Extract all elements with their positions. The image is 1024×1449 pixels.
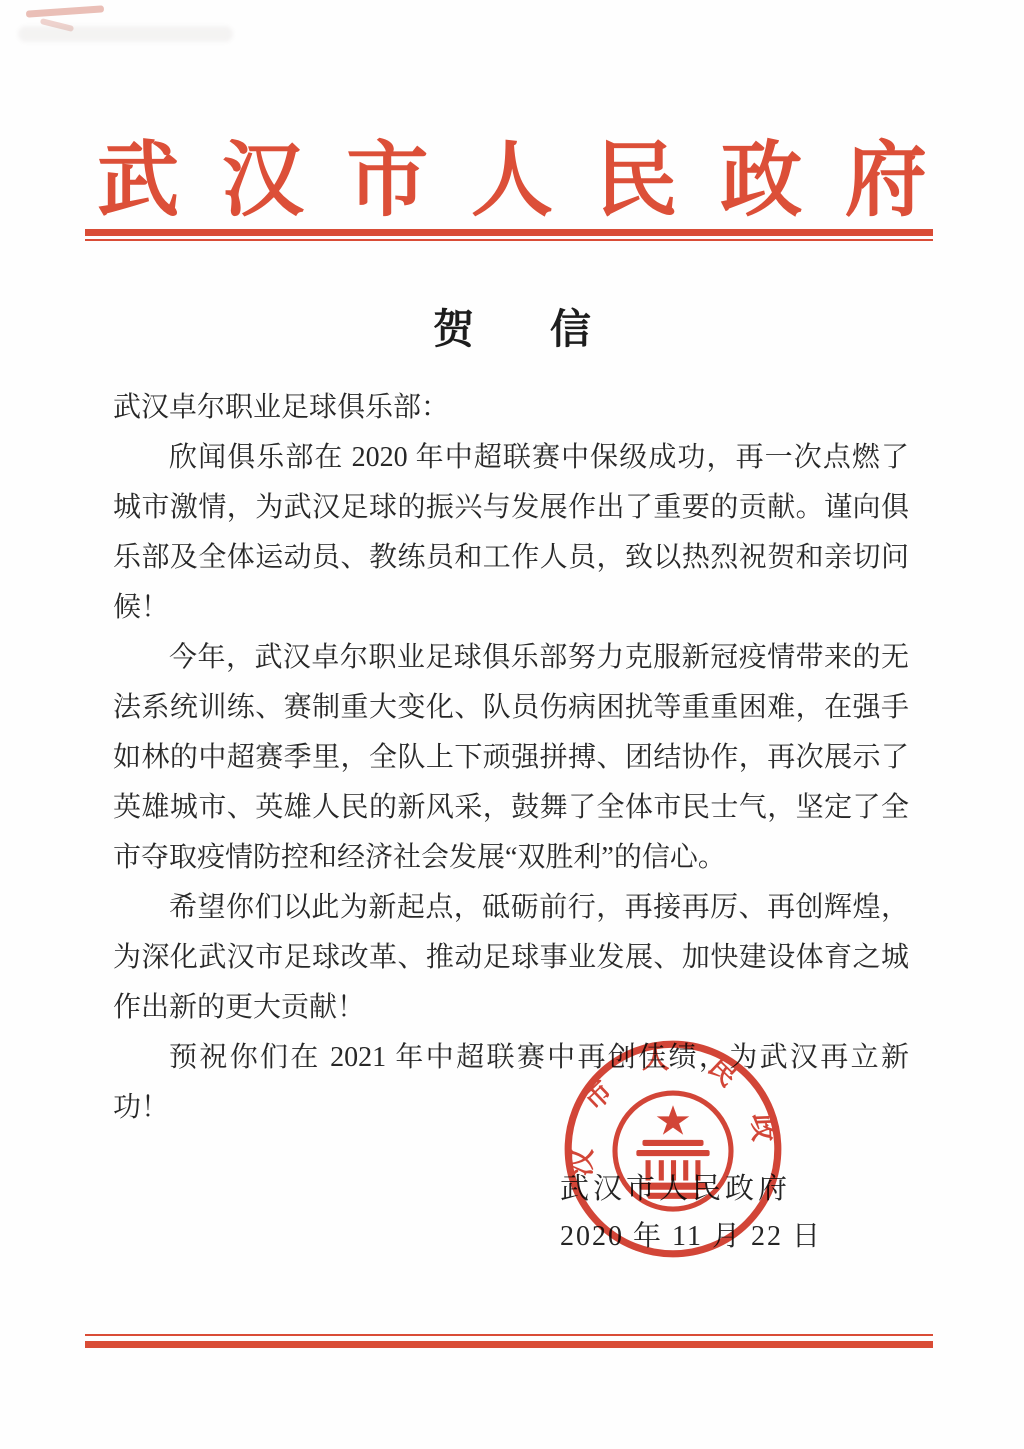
scan-artifact xyxy=(18,26,233,42)
paragraph-4: 预祝你们在 2021 年中超联赛中再创佳绩，为武汉再立新功！ xyxy=(113,1033,909,1133)
footer-rule-thick xyxy=(85,1341,933,1348)
paragraph-3: 希望你们以此为新起点，砥砺前行，再接再厉、再创辉煌，为深化武汉市足球改革、推动足… xyxy=(113,883,909,1033)
scan-artifact xyxy=(40,18,74,32)
footer-rule-thin xyxy=(85,1334,933,1336)
paragraph-2: 今年，武汉卓尔职业足球俱乐部努力克服新冠疫情带来的无法系统训练、赛制重大变化、队… xyxy=(113,633,909,883)
letter-title: 贺信 xyxy=(0,296,1024,355)
letterhead-rule-thick xyxy=(85,229,933,236)
letter-body: 武汉卓尔职业足球俱乐部： 欣闻俱乐部在 2020 年中超联赛中保级成功，再一次点… xyxy=(113,383,909,1133)
scan-artifact xyxy=(26,5,104,17)
government-seal: 武汉市人民政府 xyxy=(558,1034,788,1264)
letter-page: 武汉市人民政府 贺信 武汉卓尔职业足球俱乐部： 欣闻俱乐部在 2020 年中超联… xyxy=(0,0,1024,1449)
paragraph-1: 欣闻俱乐部在 2020 年中超联赛中保级成功，再一次点燃了城市激情，为武汉足球的… xyxy=(113,433,909,633)
letterhead-rule-thin xyxy=(85,239,933,241)
salutation: 武汉卓尔职业足球俱乐部： xyxy=(113,383,909,433)
national-emblem-icon xyxy=(615,1093,731,1209)
letterhead-org-name: 武汉市人民政府 xyxy=(0,134,1024,228)
